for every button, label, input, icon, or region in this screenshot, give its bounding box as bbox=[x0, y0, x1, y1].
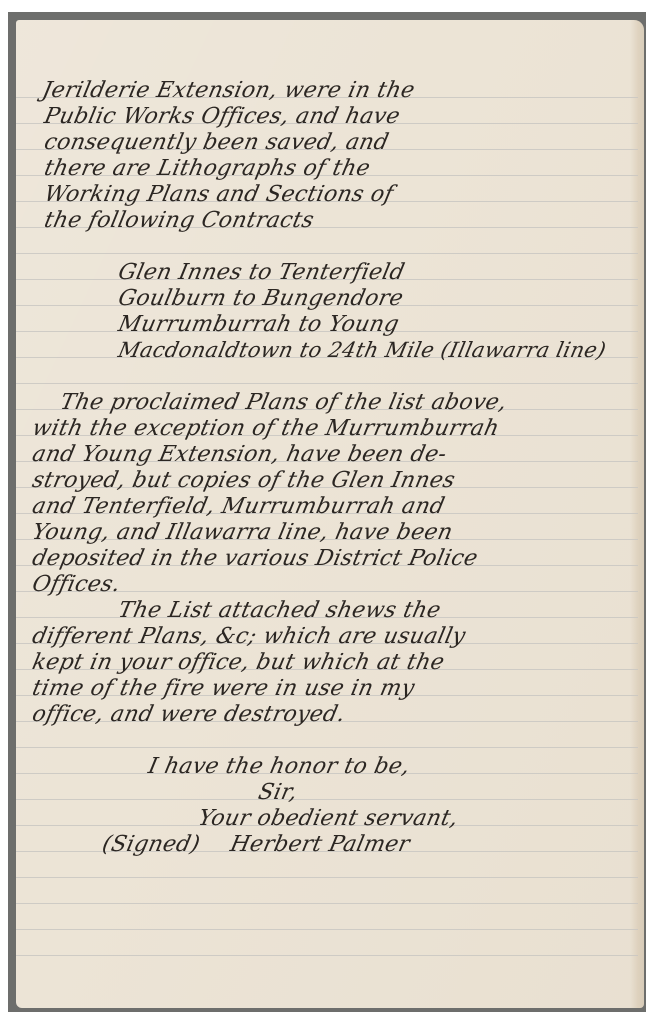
signature: Herbert Palmer bbox=[228, 832, 412, 857]
ruled-line bbox=[16, 929, 638, 930]
text-line: stroyed, but copies of the Glen Innes bbox=[30, 468, 457, 493]
ruled-line bbox=[16, 253, 638, 254]
closing-line: I have the honor to be, bbox=[146, 754, 412, 779]
contract-item: Goulburn to Bungendore bbox=[116, 286, 406, 311]
ruled-line bbox=[16, 877, 638, 878]
contract-item: Murrumburrah to Young bbox=[116, 312, 401, 337]
contract-item: Macdonaldtown to 24th Mile (Illawarra li… bbox=[116, 338, 608, 362]
contract-item: Glen Innes to Tenterfield bbox=[116, 260, 407, 285]
ruled-line bbox=[16, 383, 638, 384]
text-line: the following Contracts bbox=[42, 208, 316, 233]
text-line: Young, and Illawarra line, have been bbox=[30, 520, 455, 545]
text-line: Public Works Offices, and have bbox=[42, 104, 402, 129]
text-line: The List attached shews the bbox=[116, 598, 443, 623]
text-line: The proclaimed Plans of the list above, bbox=[58, 390, 509, 415]
text-line: and Young Extension, have been de- bbox=[30, 442, 449, 467]
closing-line: Your obedient servant, bbox=[196, 806, 460, 831]
text-line: deposited in the various District Police bbox=[30, 546, 480, 571]
text-line: Working Plans and Sections of bbox=[42, 182, 396, 207]
text-line: Jerilderie Extension, were in the bbox=[40, 78, 417, 103]
signed-label: (Signed) bbox=[100, 832, 202, 857]
ruled-line bbox=[16, 799, 638, 800]
ruled-line bbox=[16, 747, 638, 748]
closing-salutation: Sir, bbox=[256, 780, 300, 805]
document-page: Jerilderie Extension, were in the Public… bbox=[16, 20, 644, 1008]
text-line: consequently been saved, and bbox=[42, 130, 391, 155]
page-edge-shadow bbox=[630, 20, 644, 1008]
text-line: time of the fire were in use in my bbox=[30, 676, 417, 701]
ruled-line bbox=[16, 903, 638, 904]
text-line: there are Lithographs of the bbox=[42, 156, 372, 181]
text-line: office, and were destroyed. bbox=[30, 702, 348, 727]
ruled-line bbox=[16, 955, 638, 956]
text-line: and Tenterfield, Murrumburrah and bbox=[30, 494, 447, 519]
text-line: with the exception of the Murrumburrah bbox=[30, 416, 501, 441]
text-line: kept in your office, but which at the bbox=[30, 650, 447, 675]
text-line: different Plans, &c; which are usually bbox=[30, 624, 468, 649]
text-line: Offices. bbox=[30, 572, 123, 597]
